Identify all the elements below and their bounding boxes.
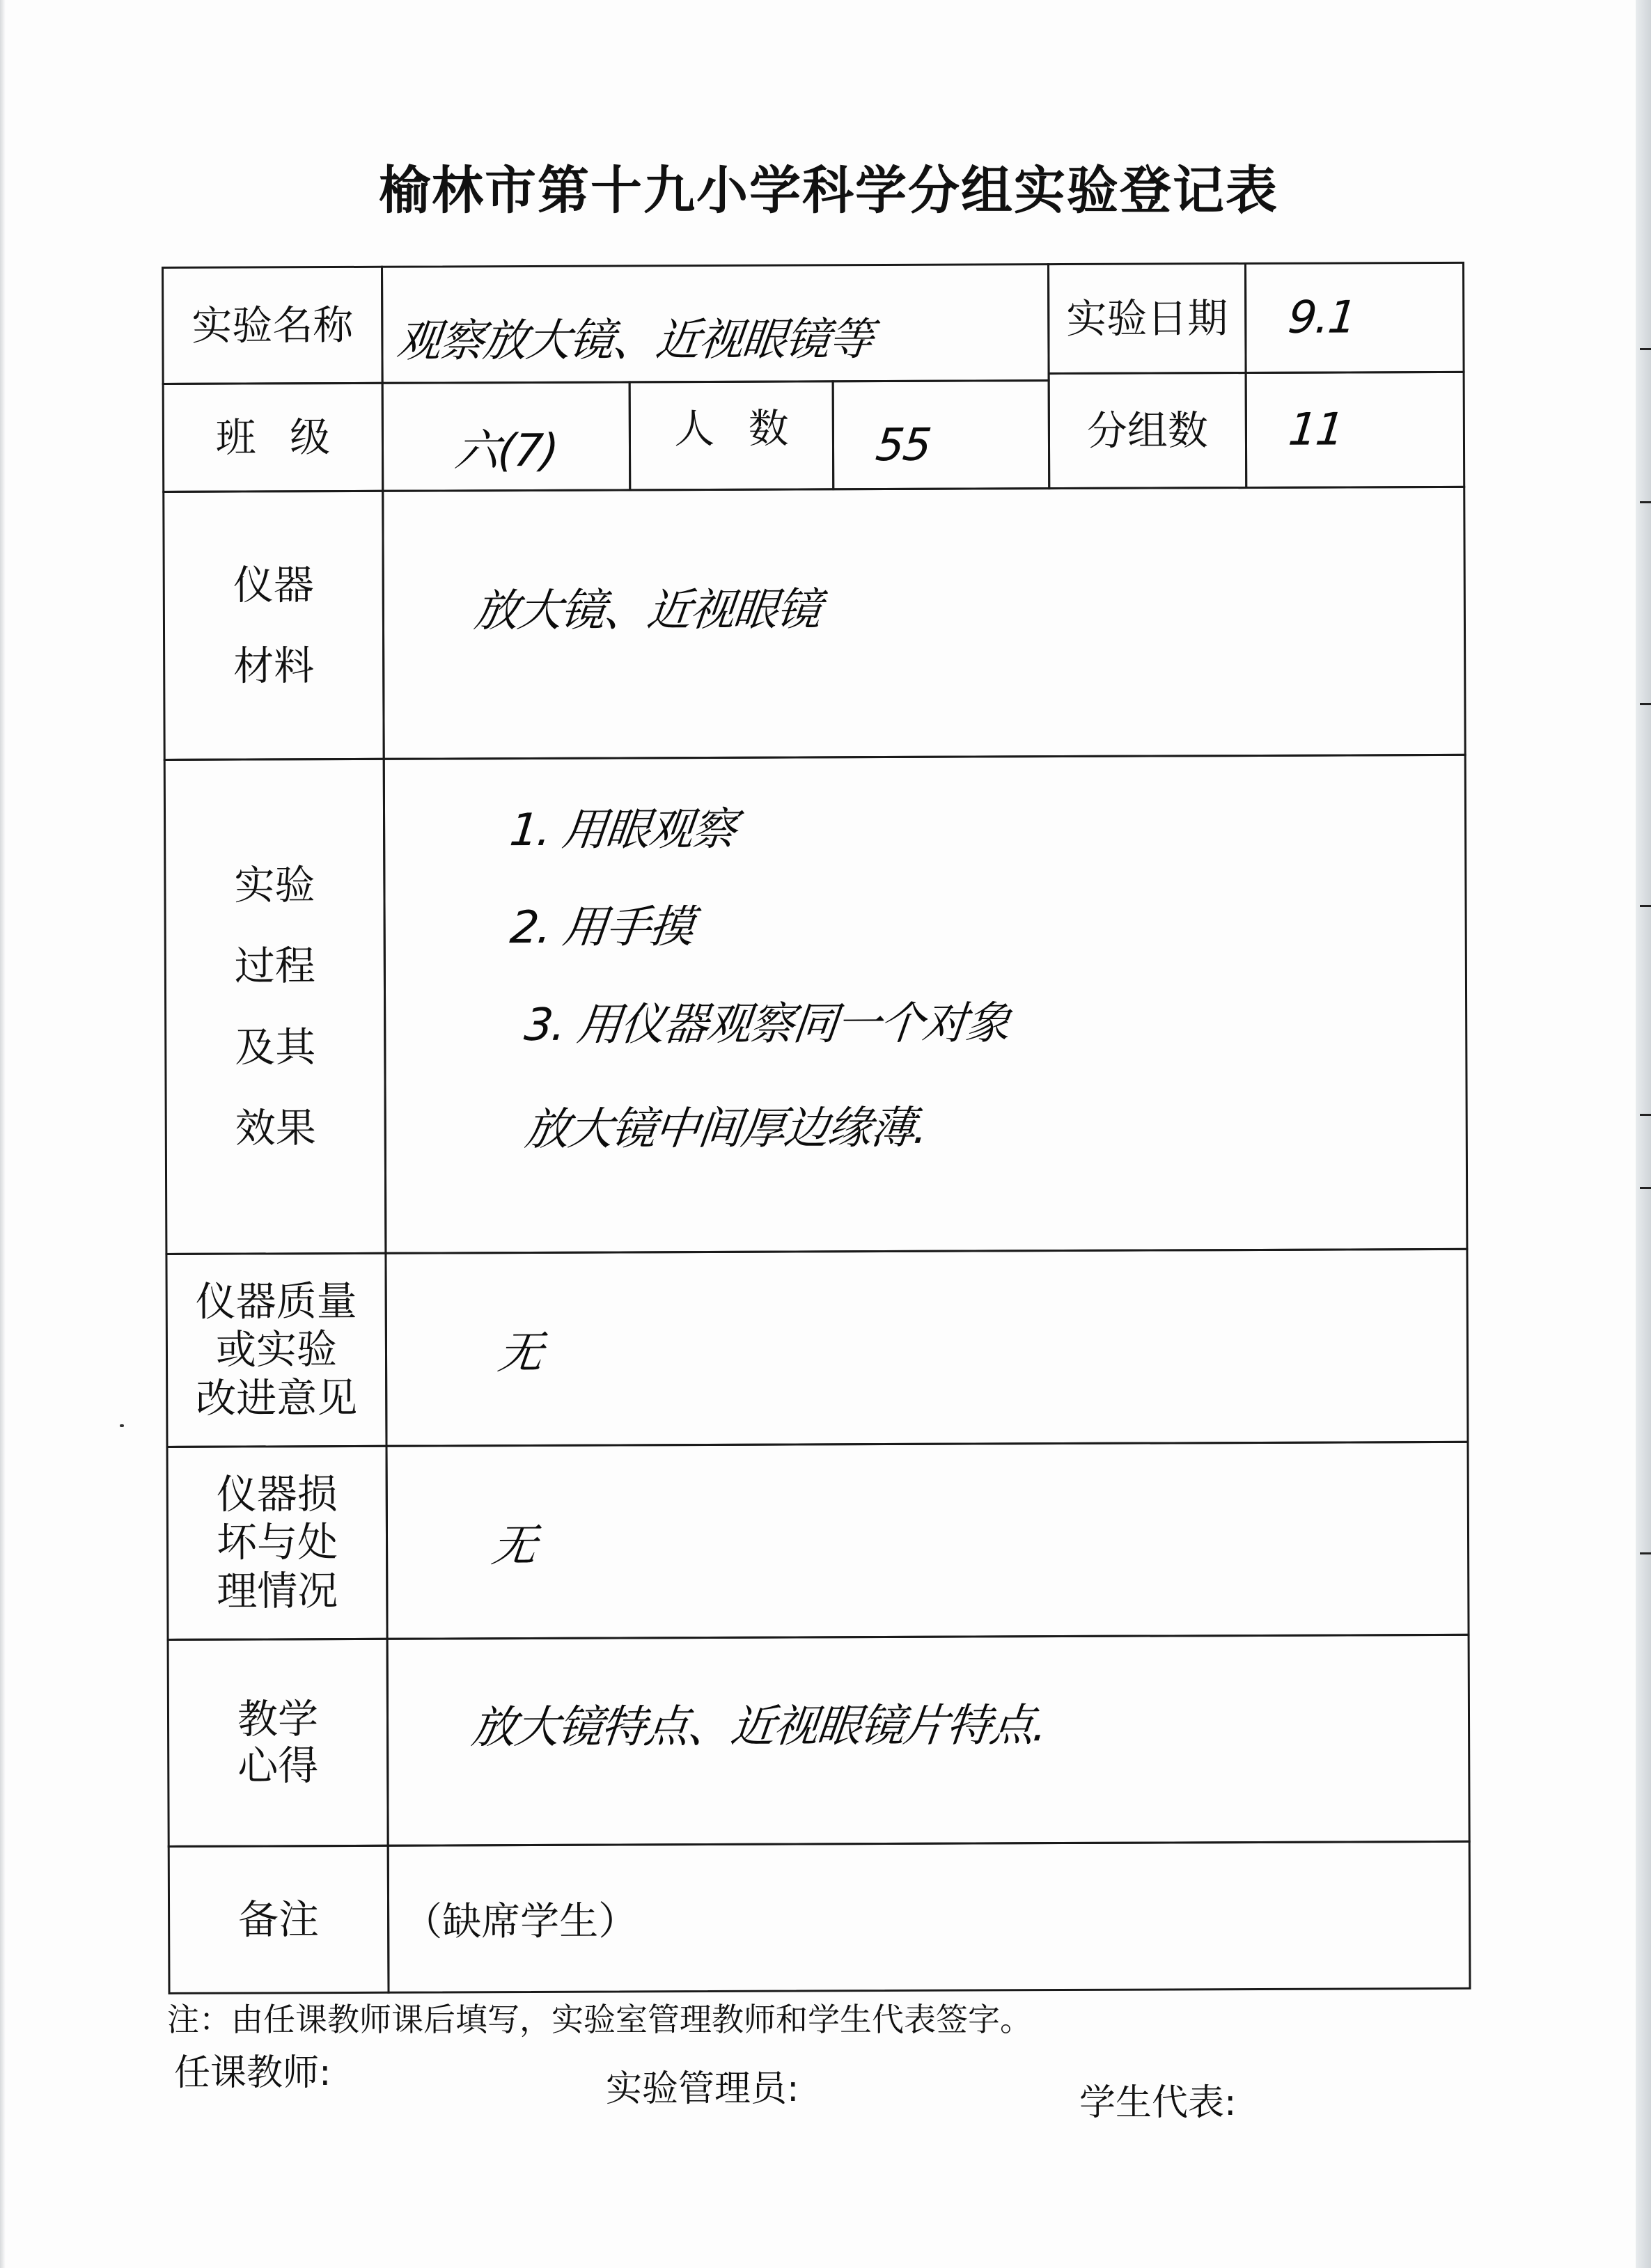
experiment-date-label: 实验日期: [1066, 293, 1228, 344]
form-title: 榆林市第十九小学科学分组实验登记表: [362, 150, 1295, 223]
edge-mark: [1640, 1114, 1651, 1116]
class-value: 六(7): [452, 415, 561, 480]
label-line: 教学: [237, 1696, 318, 1742]
label-line: 过程: [235, 940, 315, 991]
process-step-3: 3. 用仪器观察同一个对象: [522, 987, 1013, 1053]
label-line: 坏与处: [217, 1518, 338, 1567]
process-result: 放大镜中间厚边缘薄.: [522, 1092, 930, 1158]
label-group-count: 分组数: [1048, 372, 1248, 489]
quality-feedback-field[interactable]: 无: [384, 1248, 1469, 1447]
reflection-value: 放大镜特点、近视眼镜片特点.: [469, 1690, 1049, 1756]
page-shadow-left: [0, 0, 6, 2268]
label-headcount: 人 数: [629, 380, 835, 491]
label-class: 班 级: [162, 382, 384, 493]
footnote: 注：由任课教师课后填写，实验室管理教师和学生代表签字。: [167, 1994, 1032, 2040]
label-instruments: 仪器 材料: [162, 490, 384, 761]
process-step-1: 1. 用眼观察: [507, 794, 739, 858]
label-line: 效果: [235, 1103, 316, 1153]
label-line: 仪器质量: [196, 1277, 357, 1326]
experiment-date-field[interactable]: 9.1: [1244, 262, 1465, 374]
edge-mark: [1640, 703, 1651, 705]
label-line: 及其: [235, 1022, 315, 1073]
label-line: 实验: [234, 860, 315, 911]
signature-student-rep-label: 学生代表:: [1079, 2082, 1237, 2124]
signature-student-rep[interactable]: 学生代表:: [1079, 2073, 1237, 2125]
instruments-label: 仪器 材料: [233, 544, 315, 707]
label-line: 仪器损: [217, 1470, 338, 1519]
signature-lab-admin[interactable]: 实验管理员:: [606, 2059, 799, 2111]
label-experiment-date: 实验日期: [1047, 262, 1247, 375]
group-count-value: 11: [1286, 404, 1345, 455]
group-count-field[interactable]: 11: [1245, 371, 1466, 489]
instruments-field[interactable]: 放大镜、近视眼镜: [382, 486, 1466, 760]
label-line: 仪器: [233, 560, 314, 611]
label-reflection: 教学 心得: [167, 1638, 389, 1848]
label-line: 或实验: [216, 1325, 337, 1374]
reflection-field[interactable]: 放大镜特点、近视眼镜片特点.: [386, 1634, 1471, 1847]
experiment-date-value: 9.1: [1286, 292, 1358, 343]
label-quality-feedback: 仪器质量 或实验 改进意见: [165, 1252, 387, 1448]
quality-feedback-label: 仪器质量 或实验 改进意见: [196, 1277, 358, 1424]
headcount-label: 人 数: [674, 404, 789, 455]
label-line: 材料: [233, 640, 314, 691]
remarks-field[interactable]: （缺席学生）: [387, 1841, 1471, 1994]
edge-mark: [1640, 501, 1651, 503]
class-label: 班 级: [216, 412, 331, 463]
damage-label: 仪器损 坏与处 理情况: [217, 1470, 338, 1616]
label-experiment-name: 实验名称: [162, 266, 384, 385]
label-remarks: 备注: [168, 1845, 390, 1994]
label-line: 改进意见: [196, 1374, 357, 1423]
damage-value: 无: [489, 1510, 538, 1574]
label-damage: 仪器损 坏与处 理情况: [166, 1445, 389, 1641]
experiment-name-label: 实验名称: [191, 300, 353, 351]
registration-form: 实验名称 观察放大镜、近视眼镜等 实验日期 9.1 班 级 六(7) 人 数 5…: [162, 262, 1471, 1994]
instruments-value: 放大镜、近视眼镜: [471, 574, 823, 639]
process-label: 实验 过程 及其 效果: [234, 844, 316, 1169]
remarks-label: 备注: [238, 1894, 319, 1945]
edge-mark: [1640, 905, 1651, 907]
edge-mark: [1640, 348, 1651, 350]
damage-field[interactable]: 无: [386, 1441, 1470, 1640]
edge-mark: [1640, 1552, 1651, 1554]
process-step-2: 2. 用手摸: [508, 891, 696, 956]
label-line: 理情况: [217, 1567, 338, 1616]
scan-speck: [120, 1424, 124, 1427]
signature-teacher-label: 任课教师:: [174, 2052, 331, 2094]
class-field[interactable]: 六(7): [382, 381, 632, 491]
process-field[interactable]: 1. 用眼观察 2. 用手摸 3. 用仪器观察同一个对象 放大镜中间厚边缘薄.: [383, 754, 1469, 1254]
adjacent-page-edge: [1636, 0, 1651, 2268]
experiment-name-field[interactable]: 观察放大镜、近视眼镜等: [381, 263, 1050, 384]
reflection-label: 教学 心得: [237, 1696, 319, 1789]
group-count-label: 分组数: [1087, 405, 1208, 456]
signature-teacher[interactable]: 任课教师:: [174, 2043, 331, 2095]
remarks-value: （缺席学生）: [403, 1890, 637, 1946]
label-process: 实验 过程 及其 效果: [164, 758, 387, 1255]
edge-mark: [1640, 1187, 1651, 1189]
signature-lab-admin-label: 实验管理员:: [606, 2068, 799, 2110]
headcount-value: 55: [873, 420, 932, 471]
quality-feedback-value: 无: [495, 1317, 545, 1381]
label-line: 心得: [237, 1742, 318, 1789]
experiment-name-value: 观察放大镜、近视眼镜等: [394, 304, 875, 370]
headcount-field[interactable]: 55: [832, 379, 1051, 490]
